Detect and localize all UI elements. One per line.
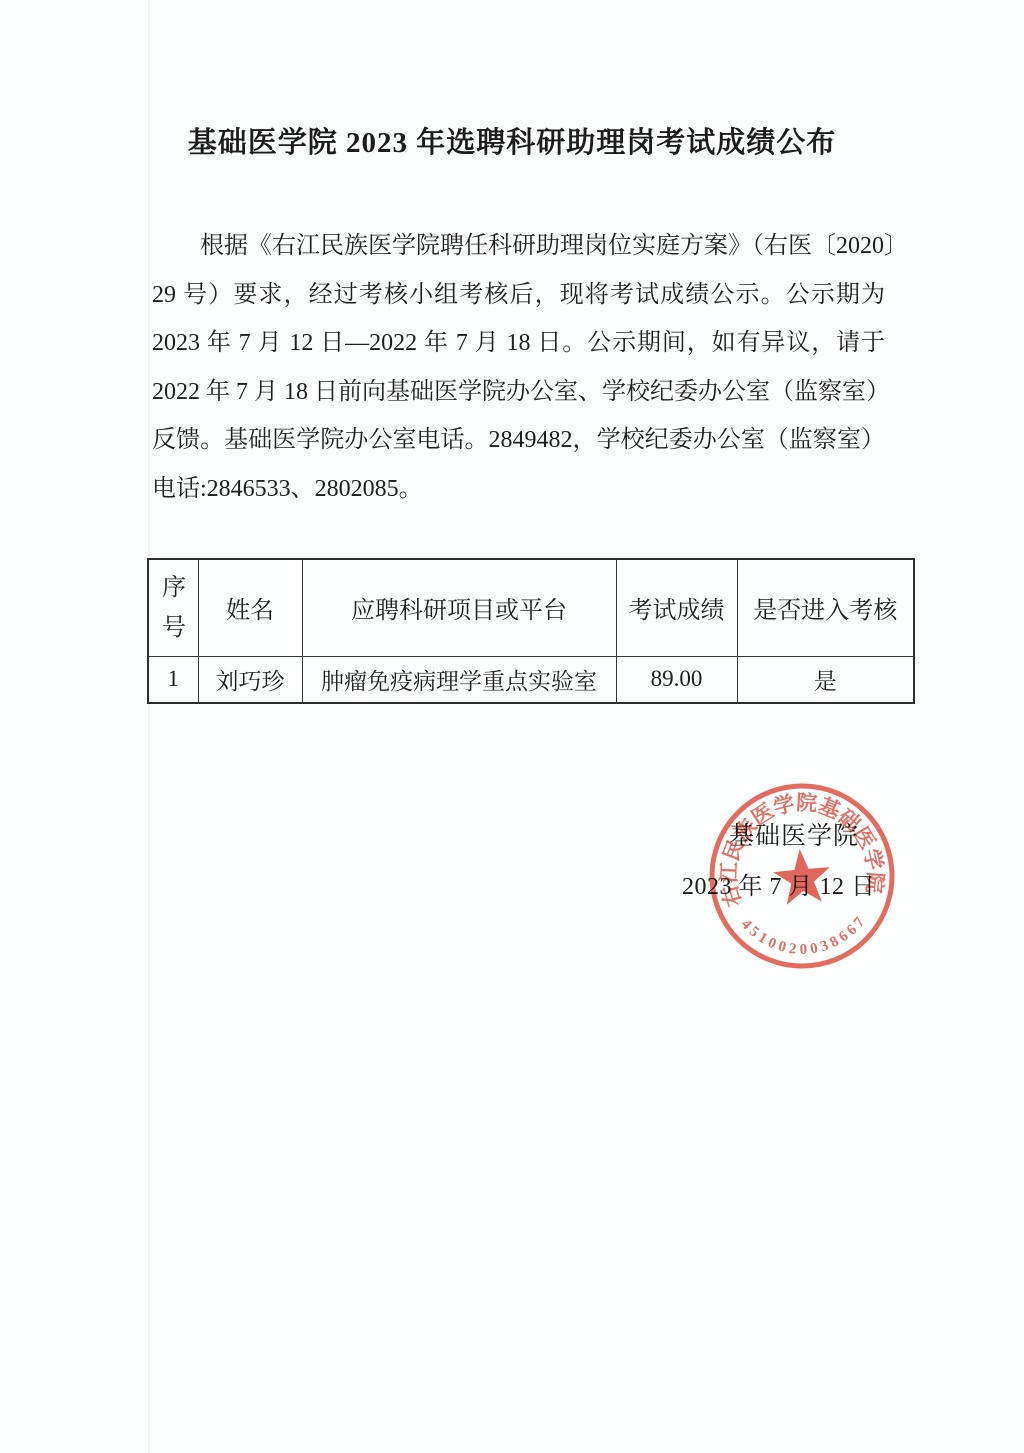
table-header-name: 姓名 xyxy=(198,559,302,656)
results-table: 序号 姓名 应聘科研项目或平台 考试成绩 是否进入考核 1 刘巧珍 肿瘤免疫病理… xyxy=(147,558,915,704)
announcement-paragraph: 根据《右江民族医学院聘任科研助理岗位实庭方案》（右医〔2020〕 29 号）要求… xyxy=(152,222,885,513)
signature-org: 基础医学院 xyxy=(729,816,859,852)
table-header-score: 考试成绩 xyxy=(616,559,737,656)
table-header-pass: 是否进入考核 xyxy=(737,559,914,656)
table-header-row: 序号 姓名 应聘科研项目或平台 考试成绩 是否进入考核 xyxy=(148,559,914,656)
table-cell-name: 刘巧珍 xyxy=(198,656,302,703)
paragraph-line: 2023 年 7 月 12 日—2022 年 7 月 18 日。公示期间，如有异… xyxy=(152,319,885,368)
scan-artifact-line xyxy=(148,0,150,1453)
paragraph-line: 2022 年 7 月 18 日前向基础医学院办公室、学校纪委办公室（监察室） xyxy=(152,368,885,417)
paragraph-line: 反馈。基础医学院办公室电话。2849482，学校纪委办公室（监察室） xyxy=(152,416,885,465)
paragraph-line: 29 号）要求，经过考核小组考核后，现将考试成绩公示。公示期为 xyxy=(152,271,885,320)
paragraph-line: 电话:2846533、2802085。 xyxy=(152,465,885,514)
signature-date: 2023 年 7 月 12 日 xyxy=(682,866,876,901)
table-header-project: 应聘科研项目或平台 xyxy=(302,559,616,656)
page-title: 基础医学院 2023 年选聘科研助理岗考试成绩公布 xyxy=(0,120,1024,161)
seal-code: 4510020038667 xyxy=(737,906,873,964)
paragraph-line: 根据《右江民族医学院聘任科研助理岗位实庭方案》（右医〔2020〕 xyxy=(152,222,885,271)
table-cell-score: 89.00 xyxy=(616,656,737,703)
table-row: 1 刘巧珍 肿瘤免疫病理学重点实验室 89.00 是 xyxy=(148,656,914,703)
table-cell-pass: 是 xyxy=(737,656,914,703)
table-header-index: 序号 xyxy=(148,559,198,656)
document-page: 基础医学院 2023 年选聘科研助理岗考试成绩公布 根据《右江民族医学院聘任科研… xyxy=(0,0,1024,1453)
table-cell-project: 肿瘤免疫病理学重点实验室 xyxy=(302,656,616,703)
table-cell-index: 1 xyxy=(148,656,198,703)
